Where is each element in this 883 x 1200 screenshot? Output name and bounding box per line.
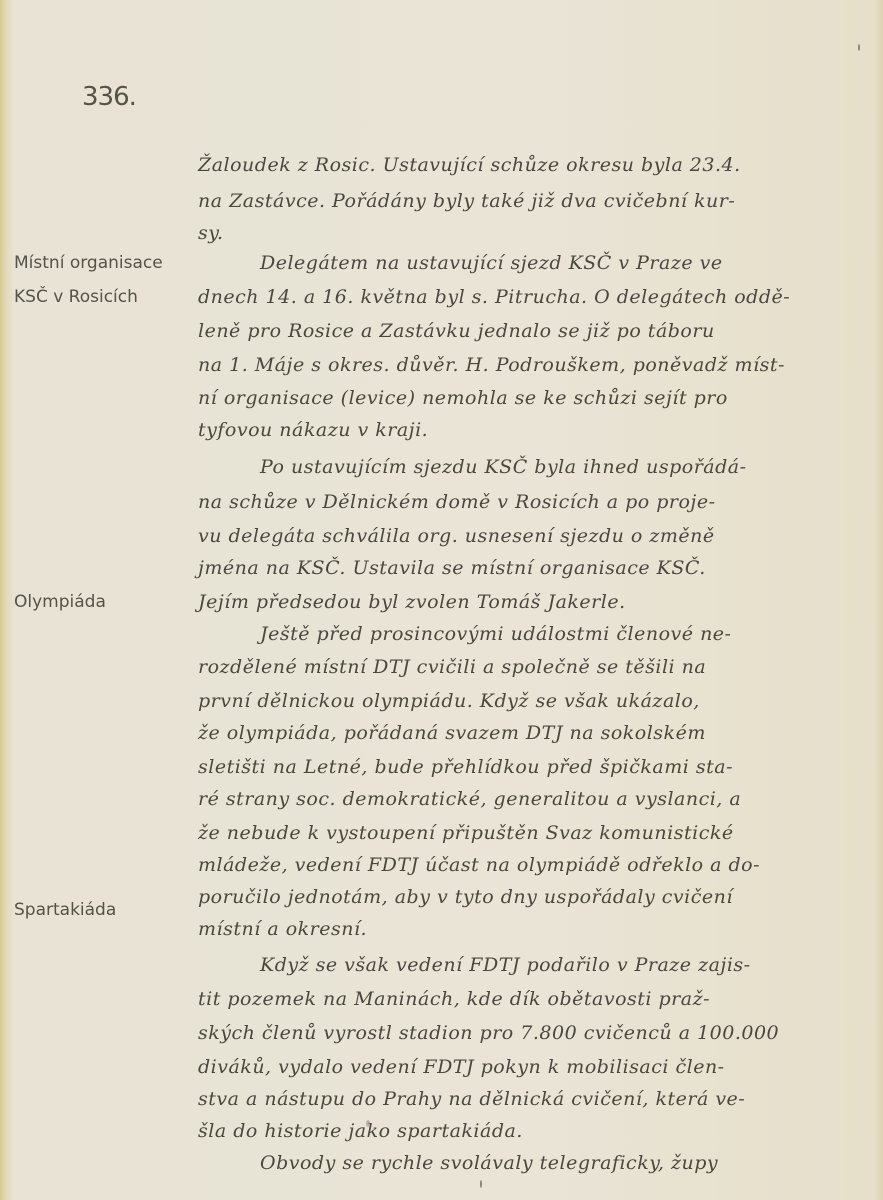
text-line: mládeže, vedení FDTJ účast na olympiádě … (198, 848, 858, 882)
text-line: leně pro Rosice a Zastávku jednalo se ji… (198, 314, 858, 348)
margin-note-spartakiad: Spartakiáda (14, 893, 116, 927)
text-line: Obvody se rychle svolávaly telegraficky,… (198, 1146, 883, 1180)
text-line: na schůze v Dělnickém domě v Rosicích a … (198, 485, 858, 519)
text-line: stva a nástupu do Prahy na dělnická cvič… (198, 1082, 858, 1116)
text-line: Žaloudek z Rosic. Ustavující schůze okre… (198, 148, 858, 182)
text-line: Když se však vedení FDTJ podařilo v Praz… (198, 948, 883, 982)
text-line: na 1. Máje s okres. důvěr. H. Podrouškem… (198, 348, 858, 382)
text-line: sletišti na Letné, bude přehlídkou před … (198, 750, 858, 784)
page-number: 336. (82, 82, 136, 112)
text-line: Delegátem na ustavující sjezd KSČ v Praz… (198, 246, 883, 280)
text-line: diváků, vydalo vedení FDTJ pokyn k mobil… (198, 1050, 858, 1084)
paper-speck (366, 1120, 370, 1127)
text-line: Jejím předsedou byl zvolen Tomáš Jakerle… (198, 585, 858, 619)
text-line: šla do historie jako spartakiáda. (198, 1114, 858, 1148)
text-line: jména na KSČ. Ustavila se místní organis… (198, 551, 858, 585)
text-line: na Zastávce. Pořádány byly také již dva … (198, 184, 858, 218)
text-line: místní a okresní. (198, 912, 858, 946)
text-line: poručilo jednotám, aby v tyto dny uspořá… (198, 880, 858, 914)
margin-note-local-organisation: Místní organisace (14, 246, 163, 280)
text-line: ských členů vyrostl stadion pro 7.800 cv… (198, 1016, 858, 1050)
text-line: že olympiáda, pořádaná svazem DTJ na sok… (198, 716, 858, 750)
paper-speck (480, 1180, 482, 1188)
text-line: první dělnickou olympiádu. Když se však … (198, 684, 858, 718)
text-line: že nebude k vystoupení připuštěn Svaz ko… (198, 816, 858, 850)
text-line: ré strany soc. demokratické, generalitou… (198, 782, 858, 816)
paper-speck (858, 44, 860, 51)
margin-note-ksc-rosice: KSČ v Rosicích (14, 280, 138, 314)
text-line: Ještě před prosincovými událostmi členov… (198, 617, 883, 651)
text-line: vu delegáta schválila org. usnesení sjez… (198, 519, 858, 553)
margin-note-olympiad: Olympiáda (14, 585, 106, 619)
text-line: tit pozemek na Maninách, kde dík obětavo… (198, 982, 858, 1016)
manuscript-page: 336. Místní organisace KSČ v Rosicích Ol… (0, 0, 883, 1200)
text-line: sy. (198, 216, 858, 250)
text-line: Po ustavujícím sjezdu KSČ byla ihned usp… (198, 450, 883, 484)
text-line: tyfovou nákazu v kraji. (198, 413, 858, 447)
text-line: dnech 14. a 16. května byl s. Pitrucha. … (198, 280, 858, 314)
text-line: rozdělené místní DTJ cvičili a společně … (198, 650, 858, 684)
text-line: ní organisace (levice) nemohla se ke sch… (198, 381, 858, 415)
